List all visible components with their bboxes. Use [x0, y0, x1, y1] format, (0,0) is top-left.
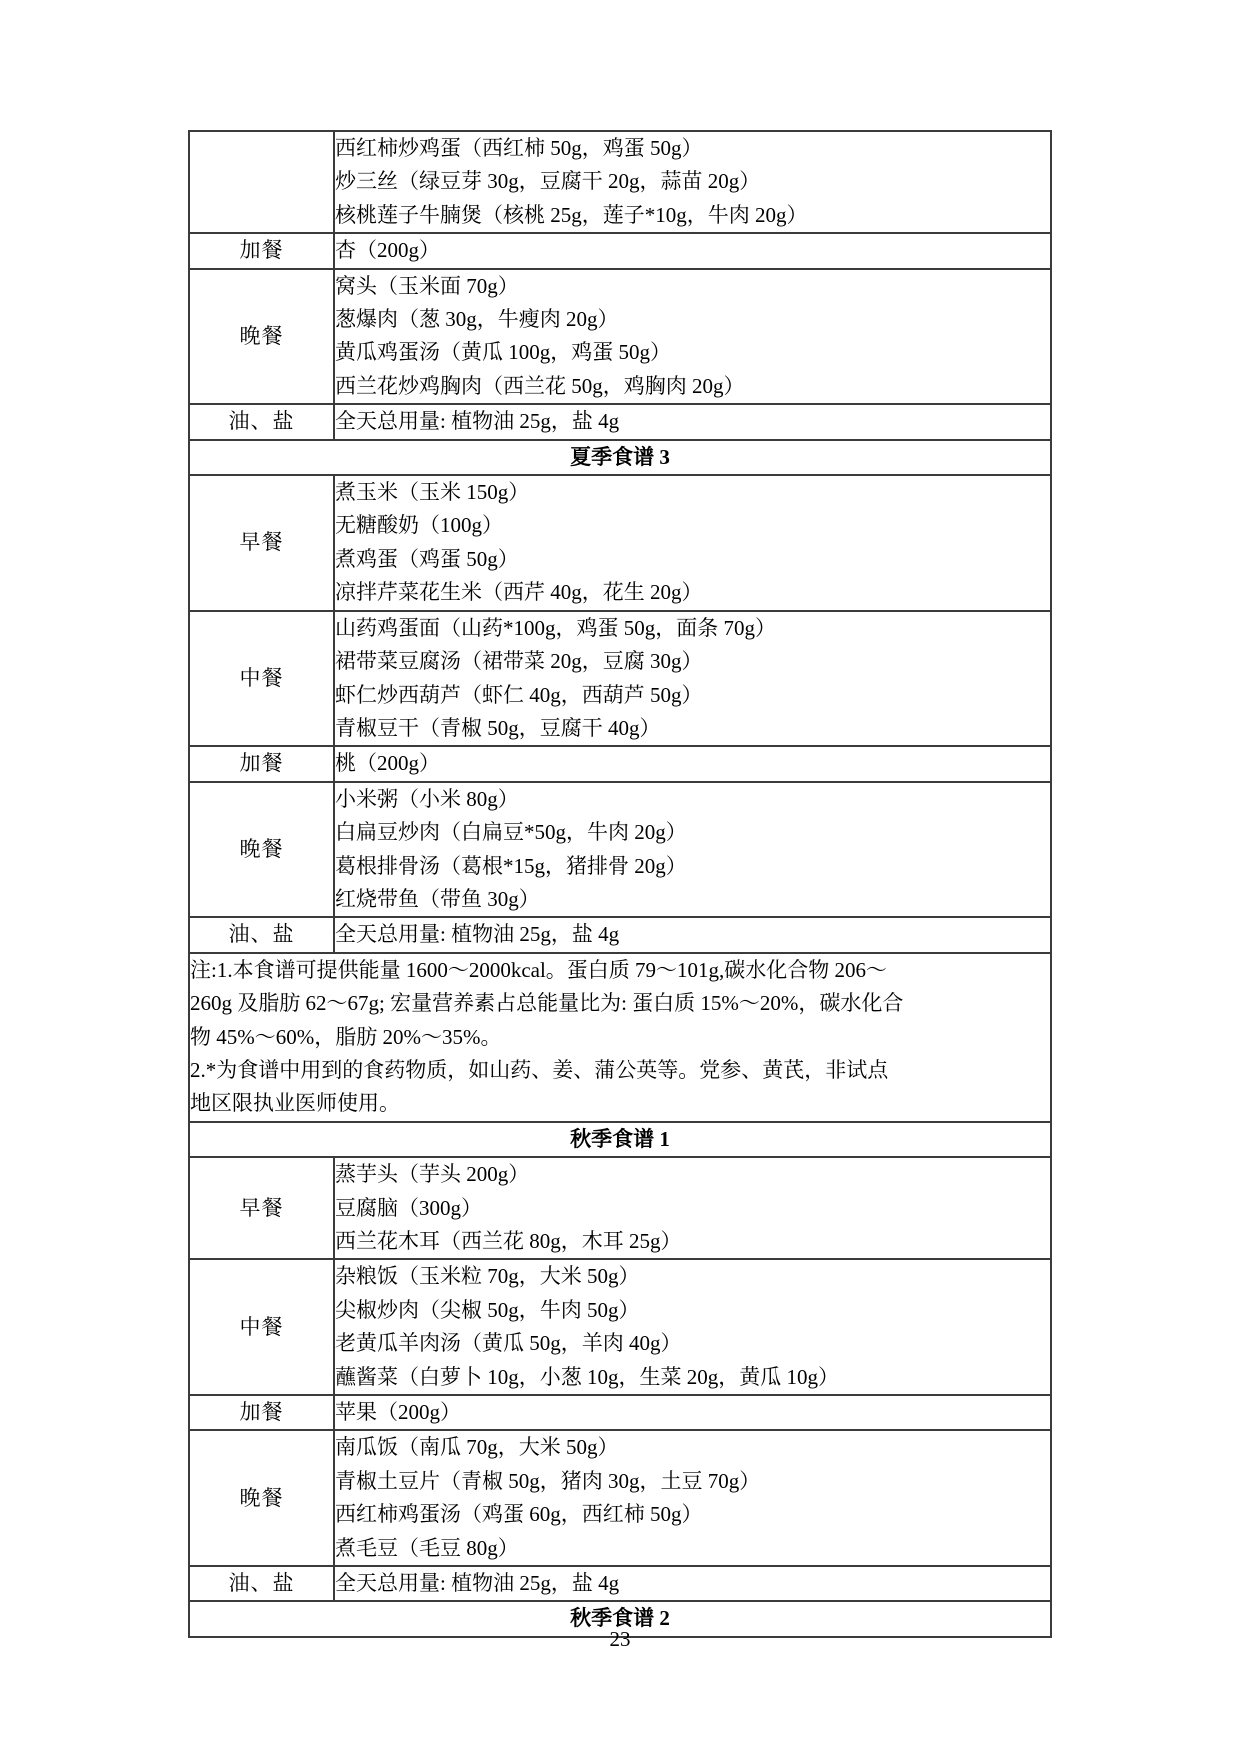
meal-content-cell: 小米粥（小米 80g）白扁豆炒肉（白扁豆*50g，牛肉 20g）葛根排骨汤（葛根… — [334, 782, 1051, 918]
section-header: 秋季食谱 1 — [189, 1122, 1051, 1157]
dish-line: 小米粥（小米 80g） — [335, 783, 1050, 816]
note-line: 260g 及脂肪 62～67g; 宏量营养素占总能量比为: 蛋白质 15%～20… — [190, 987, 1050, 1020]
dish-line: 葱爆肉（葱 30g，牛瘦肉 20g） — [335, 303, 1050, 336]
table-row: 晚餐窝头（玉米面 70g）葱爆肉（葱 30g，牛瘦肉 20g）黄瓜鸡蛋汤（黄瓜 … — [189, 269, 1051, 405]
dish-line: 南瓜饭（南瓜 70g，大米 50g） — [335, 1431, 1050, 1464]
meal-label-cell: 油、盐 — [189, 404, 334, 439]
dish-line: 煮毛豆（毛豆 80g） — [335, 1532, 1050, 1565]
page-number: 23 — [188, 1626, 1052, 1652]
dish-line: 凉拌芹菜花生米（西芹 40g，花生 20g） — [335, 576, 1050, 609]
meal-content-cell: 全天总用量: 植物油 25g，盐 4g — [334, 1566, 1051, 1601]
meal-label-cell: 晚餐 — [189, 782, 334, 918]
dish-line: 煮玉米（玉米 150g） — [335, 476, 1050, 509]
note-line: 地区限执业医师使用。 — [190, 1087, 1050, 1120]
note-line: 物 45%～60%，脂肪 20%～35%。 — [190, 1021, 1050, 1054]
meal-content-cell: 苹果（200g） — [334, 1395, 1051, 1430]
table-row: 加餐杏（200g） — [189, 233, 1051, 268]
dish-line: 西兰花木耳（西兰花 80g，木耳 25g） — [335, 1225, 1050, 1258]
meal-label-cell: 早餐 — [189, 1157, 334, 1259]
meal-label-cell: 中餐 — [189, 611, 334, 747]
meal-label-cell: 油、盐 — [189, 917, 334, 952]
meal-plan-table-body: 西红柿炒鸡蛋（西红柿 50g，鸡蛋 50g）炒三丝（绿豆芽 30g，豆腐干 20… — [189, 131, 1051, 1637]
dish-line: 杏（200g） — [335, 234, 1050, 267]
meal-label-cell: 晚餐 — [189, 1430, 334, 1566]
table-row: 油、盐全天总用量: 植物油 25g，盐 4g — [189, 917, 1051, 952]
dish-line: 煮鸡蛋（鸡蛋 50g） — [335, 543, 1050, 576]
dish-line: 炒三丝（绿豆芽 30g，豆腐干 20g，蒜苗 20g） — [335, 165, 1050, 198]
dish-line: 青椒土豆片（青椒 50g，猪肉 30g，土豆 70g） — [335, 1465, 1050, 1498]
table-row: 注:1.本食谱可提供能量 1600～2000kcal。蛋白质 79～101g,碳… — [189, 953, 1051, 1122]
table-row: 西红柿炒鸡蛋（西红柿 50g，鸡蛋 50g）炒三丝（绿豆芽 30g，豆腐干 20… — [189, 131, 1051, 233]
dish-line: 黄瓜鸡蛋汤（黄瓜 100g，鸡蛋 50g） — [335, 336, 1050, 369]
meal-content-cell: 杏（200g） — [334, 233, 1051, 268]
meal-content-cell: 煮玉米（玉米 150g）无糖酸奶（100g）煮鸡蛋（鸡蛋 50g）凉拌芹菜花生米… — [334, 475, 1051, 611]
table-row: 秋季食谱 1 — [189, 1122, 1051, 1157]
table-row: 晚餐南瓜饭（南瓜 70g，大米 50g）青椒土豆片（青椒 50g，猪肉 30g，… — [189, 1430, 1051, 1566]
dish-line: 苹果（200g） — [335, 1396, 1050, 1429]
table-row: 早餐煮玉米（玉米 150g）无糖酸奶（100g）煮鸡蛋（鸡蛋 50g）凉拌芹菜花… — [189, 475, 1051, 611]
dish-line: 蒸芋头（芋头 200g） — [335, 1158, 1050, 1191]
meal-label-cell — [189, 131, 334, 233]
table-row: 中餐山药鸡蛋面（山药*100g，鸡蛋 50g，面条 70g）裙带菜豆腐汤（裙带菜… — [189, 611, 1051, 747]
meal-content-cell: 杂粮饭（玉米粒 70g，大米 50g）尖椒炒肉（尖椒 50g，牛肉 50g）老黄… — [334, 1259, 1051, 1395]
dish-line: 虾仁炒西葫芦（虾仁 40g，西葫芦 50g） — [335, 679, 1050, 712]
dish-line: 老黄瓜羊肉汤（黄瓜 50g，羊肉 40g） — [335, 1327, 1050, 1360]
table-row: 加餐苹果（200g） — [189, 1395, 1051, 1430]
table-row: 晚餐小米粥（小米 80g）白扁豆炒肉（白扁豆*50g，牛肉 20g）葛根排骨汤（… — [189, 782, 1051, 918]
meal-content-cell: 蒸芋头（芋头 200g）豆腐脑（300g）西兰花木耳（西兰花 80g，木耳 25… — [334, 1157, 1051, 1259]
meal-label-cell: 加餐 — [189, 233, 334, 268]
meal-label-cell: 加餐 — [189, 1395, 334, 1430]
meal-content-cell: 桃（200g） — [334, 746, 1051, 781]
table-row: 早餐蒸芋头（芋头 200g）豆腐脑（300g）西兰花木耳（西兰花 80g，木耳 … — [189, 1157, 1051, 1259]
table-row: 加餐桃（200g） — [189, 746, 1051, 781]
dish-line: 山药鸡蛋面（山药*100g，鸡蛋 50g，面条 70g） — [335, 612, 1050, 645]
dish-line: 葛根排骨汤（葛根*15g，猪排骨 20g） — [335, 850, 1050, 883]
meal-label-cell: 早餐 — [189, 475, 334, 611]
dish-line: 豆腐脑（300g） — [335, 1192, 1050, 1225]
dish-line: 无糖酸奶（100g） — [335, 509, 1050, 542]
note-cell: 注:1.本食谱可提供能量 1600～2000kcal。蛋白质 79～101g,碳… — [189, 953, 1051, 1122]
table-row: 中餐杂粮饭（玉米粒 70g，大米 50g）尖椒炒肉（尖椒 50g，牛肉 50g）… — [189, 1259, 1051, 1395]
dish-line: 杂粮饭（玉米粒 70g，大米 50g） — [335, 1260, 1050, 1293]
meal-label-cell: 油、盐 — [189, 1566, 334, 1601]
note-line: 2.*为食谱中用到的食药物质，如山药、姜、蒲公英等。党参、黄芪，非试点 — [190, 1054, 1050, 1087]
meal-content-cell: 窝头（玉米面 70g）葱爆肉（葱 30g，牛瘦肉 20g）黄瓜鸡蛋汤（黄瓜 10… — [334, 269, 1051, 405]
dish-line: 全天总用量: 植物油 25g，盐 4g — [335, 405, 1050, 438]
meal-content-cell: 南瓜饭（南瓜 70g，大米 50g）青椒土豆片（青椒 50g，猪肉 30g，土豆… — [334, 1430, 1051, 1566]
dish-line: 窝头（玉米面 70g） — [335, 270, 1050, 303]
table-row: 油、盐全天总用量: 植物油 25g，盐 4g — [189, 1566, 1051, 1601]
meal-label-cell: 加餐 — [189, 746, 334, 781]
meal-plan-table: 西红柿炒鸡蛋（西红柿 50g，鸡蛋 50g）炒三丝（绿豆芽 30g，豆腐干 20… — [188, 130, 1052, 1638]
meal-label-cell: 晚餐 — [189, 269, 334, 405]
dish-line: 西兰花炒鸡胸肉（西兰花 50g，鸡胸肉 20g） — [335, 370, 1050, 403]
meal-label-cell: 中餐 — [189, 1259, 334, 1395]
dish-line: 尖椒炒肉（尖椒 50g，牛肉 50g） — [335, 1294, 1050, 1327]
dish-line: 核桃莲子牛腩煲（核桃 25g，莲子*10g，牛肉 20g） — [335, 199, 1050, 232]
dish-line: 白扁豆炒肉（白扁豆*50g，牛肉 20g） — [335, 816, 1050, 849]
meal-content-cell: 全天总用量: 植物油 25g，盐 4g — [334, 404, 1051, 439]
table-row: 夏季食谱 3 — [189, 440, 1051, 475]
meal-content-cell: 山药鸡蛋面（山药*100g，鸡蛋 50g，面条 70g）裙带菜豆腐汤（裙带菜 2… — [334, 611, 1051, 747]
dish-line: 西红柿鸡蛋汤（鸡蛋 60g，西红柿 50g） — [335, 1498, 1050, 1531]
table-row: 油、盐全天总用量: 植物油 25g，盐 4g — [189, 404, 1051, 439]
dish-line: 青椒豆干（青椒 50g，豆腐干 40g） — [335, 712, 1050, 745]
dish-line: 蘸酱菜（白萝卜 10g，小葱 10g，生菜 20g，黄瓜 10g） — [335, 1361, 1050, 1394]
dish-line: 红烧带鱼（带鱼 30g） — [335, 883, 1050, 916]
meal-content-cell: 全天总用量: 植物油 25g，盐 4g — [334, 917, 1051, 952]
dish-line: 桃（200g） — [335, 747, 1050, 780]
dish-line: 裙带菜豆腐汤（裙带菜 20g，豆腐 30g） — [335, 645, 1050, 678]
section-header: 夏季食谱 3 — [189, 440, 1051, 475]
dish-line: 全天总用量: 植物油 25g，盐 4g — [335, 1567, 1050, 1600]
document-page: 西红柿炒鸡蛋（西红柿 50g，鸡蛋 50g）炒三丝（绿豆芽 30g，豆腐干 20… — [0, 0, 1241, 1755]
dish-line: 西红柿炒鸡蛋（西红柿 50g，鸡蛋 50g） — [335, 132, 1050, 165]
note-line: 注:1.本食谱可提供能量 1600～2000kcal。蛋白质 79～101g,碳… — [190, 954, 1050, 987]
dish-line: 全天总用量: 植物油 25g，盐 4g — [335, 918, 1050, 951]
meal-content-cell: 西红柿炒鸡蛋（西红柿 50g，鸡蛋 50g）炒三丝（绿豆芽 30g，豆腐干 20… — [334, 131, 1051, 233]
